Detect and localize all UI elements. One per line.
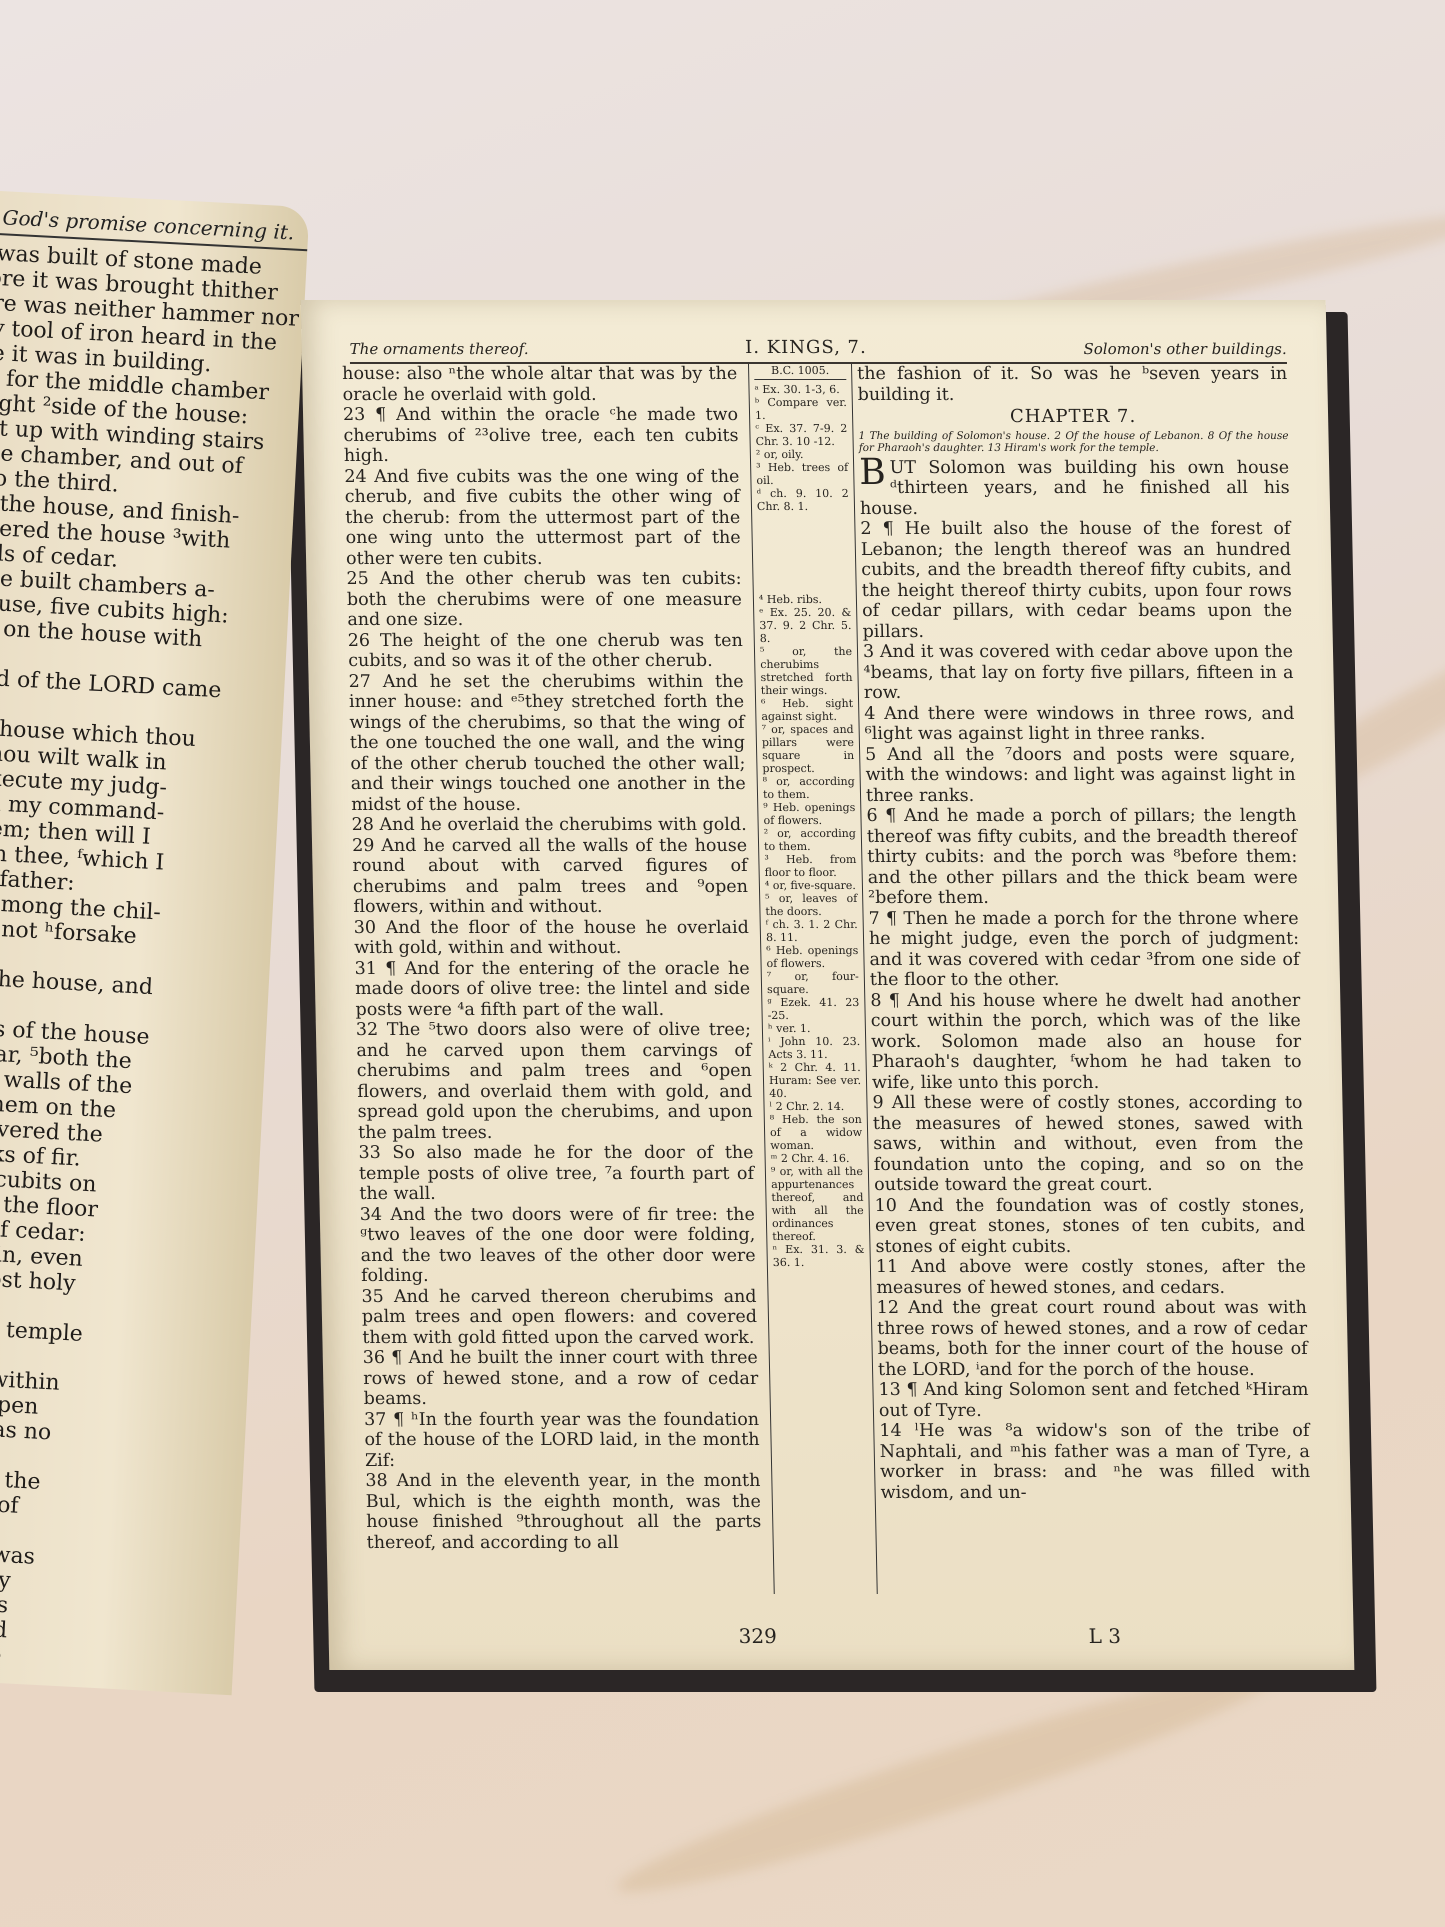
reference-note: ⁹ Heb. openings of flowers.: [763, 801, 856, 827]
verse: BUT Solomon was building his own house ᵈ…: [859, 458, 1290, 520]
reference-note: ⁸ Heb. the son of a widow woman.: [770, 1113, 863, 1152]
verse: 10 And the foundation was of costly ston…: [874, 1196, 1305, 1258]
verse: 3 And it was covered with cedar above up…: [863, 642, 1294, 704]
verse: 6 ¶ And he made a porch of pillars; the …: [866, 806, 1298, 909]
right-text-column: the fashion of it. So was he ᵇseven year…: [857, 364, 1311, 1503]
reference-note: ⁹ or, with all the appurtenances thereof…: [771, 1165, 865, 1243]
reference-note: ⁴ or, five-square.: [765, 879, 857, 892]
verse: 7 ¶ Then he made a porch for the throne …: [868, 909, 1300, 991]
verse: the fashion of it. So was he ᵇseven year…: [857, 364, 1288, 405]
reference-note: ² or, according to them.: [764, 827, 857, 853]
verse: 11 And above were costly stones, after t…: [876, 1257, 1307, 1298]
verse: 37 ¶ ʰIn the fourth year was the foundat…: [364, 1410, 760, 1472]
verse: 14 ˡHe was ⁸a widow's son of the tribe o…: [879, 1421, 1311, 1503]
left-page-text: g, was built of stone made efore it was …: [0, 234, 307, 1696]
left-page: God's promise concerning it. g, was buil…: [0, 190, 310, 1695]
verse: 5 And all the ⁷doors and posts were squa…: [865, 745, 1296, 807]
verse: 24 And five cubits was the one wing of t…: [344, 467, 741, 570]
reference-note: ᶠ ch. 3. 1. 2 Chr. 8. 11.: [766, 918, 859, 944]
right-page: The ornaments thereof. I. KINGS, 7. Solo…: [301, 300, 1355, 1670]
verse: 28 And he overlaid the cherubims with go…: [351, 815, 746, 836]
reference-note: ⁸ or, according to them.: [763, 775, 856, 801]
reference-note: ⁴ Heb. ribs.: [759, 593, 851, 606]
running-head-right: Solomon's other buildings.: [1083, 340, 1287, 358]
page-number: 329: [738, 1624, 777, 1648]
drop-cap: B: [859, 458, 886, 488]
verse: 31 ¶ And for the entering of the oracle …: [354, 959, 750, 1021]
reference-note: ᶜ Ex. 37. 7-9. 2 Chr. 3. 10 -12.: [755, 422, 848, 448]
reference-note: ᵇ Compare ver. 1.: [755, 396, 848, 422]
reference-note: ⁶ Heb. openings of flowers.: [766, 944, 859, 970]
verse: 38 And in the eleventh year, in the mont…: [365, 1471, 762, 1553]
verse: house: also ⁿthe whole altar that was by…: [342, 364, 738, 405]
chapter-heading: CHAPTER 7.: [858, 407, 1288, 428]
reference-note: ᵃ Ex. 30. 1-3, 6.: [754, 383, 846, 396]
margin-references-column: B.C. 1005. ᵃ Ex. 30. 1-3, 6. ᵇ Compare v…: [748, 364, 878, 1594]
reference-note: ⁵ or, the cherubims stretched forth thei…: [760, 645, 853, 697]
date-note: B.C. 1005.: [754, 364, 846, 380]
reference-note: ˡ 2 Chr. 2. 14.: [769, 1100, 861, 1113]
running-head: The ornaments thereof. I. KINGS, 7. Solo…: [349, 324, 1287, 364]
verse: 35 And he carved thereon cherubims and p…: [361, 1287, 757, 1349]
reference-note: ³ Heb. trees of oil.: [756, 461, 849, 487]
reference-note: ʰ ver. 1.: [768, 1022, 860, 1035]
verse: 26 The height of the one cherub was ten …: [348, 631, 744, 672]
reference-note: ² or, oily.: [756, 448, 848, 461]
verse: 34 And the two doors were of fir tree: t…: [360, 1205, 757, 1287]
reference-note: ⁵ or, leaves of the doors.: [765, 892, 858, 918]
verse: 25 And the other cherub was ten cubits: …: [346, 569, 742, 631]
signature-mark: L 3: [1088, 1624, 1121, 1648]
reference-note: ⁷ or, spaces and pillars were square in …: [762, 723, 855, 775]
verse: 9 All these were of costly stones, accor…: [872, 1093, 1304, 1196]
verse: 29 And he carved all the walls of the ho…: [352, 836, 749, 918]
verse: 8 ¶ And his house where he dwelt had ano…: [870, 991, 1302, 1094]
spacer: [757, 513, 851, 593]
left-text-column: house: also ⁿthe whole altar that was by…: [342, 364, 762, 1553]
chapter-summary: 1 The building of Solomon's house. 2 Of …: [858, 430, 1289, 454]
verse: 2 ¶ He built also the house of the fores…: [860, 519, 1293, 642]
verse: 33 So also made he for the door of the t…: [358, 1143, 754, 1205]
reference-note: ⁱ John 10. 23. Acts 3. 11.: [768, 1035, 861, 1061]
verse: 13 ¶ And king Solomon sent and fetched ᵏ…: [878, 1380, 1309, 1421]
reference-note: ᵐ 2 Chr. 4. 16.: [770, 1152, 862, 1165]
reference-note: ᵍ Ezek. 41. 23 -25.: [767, 996, 860, 1022]
reference-note: ⁿ Ex. 31. 3. & 36. 1.: [772, 1243, 865, 1269]
verse: 27 And he set the cherubims within the i…: [348, 672, 746, 816]
reference-note: ᵈ ch. 9. 10. 2 Chr. 8. 1.: [757, 487, 850, 513]
verse: 30 And the floor of the house he overlai…: [354, 918, 750, 959]
reference-note: ⁶ Heb. sight against sight.: [761, 697, 854, 723]
verse: 36 ¶ And he built the inner court with t…: [363, 1348, 759, 1410]
running-head-book-chapter: I. KINGS, 7.: [745, 337, 867, 358]
reference-note: ⁷ or, four-square.: [767, 970, 860, 996]
running-head-left: The ornaments thereof.: [349, 340, 528, 358]
reference-note: ³ Heb. from floor to floor.: [764, 853, 857, 879]
reference-note: ᵏ 2 Chr. 4. 11. Huram: See ver. 40.: [769, 1061, 862, 1100]
verse: 23 ¶ And within the oracle ᶜhe made two …: [343, 405, 739, 467]
verse: 32 The ⁵two doors also were of olive tre…: [356, 1020, 754, 1143]
verse: 12 And the great court round about was w…: [877, 1298, 1309, 1380]
reference-note: ᵉ Ex. 25. 20. & 37. 9. 2 Chr. 5. 8.: [759, 606, 852, 645]
verse: 4 And there were windows in three rows, …: [864, 704, 1295, 745]
